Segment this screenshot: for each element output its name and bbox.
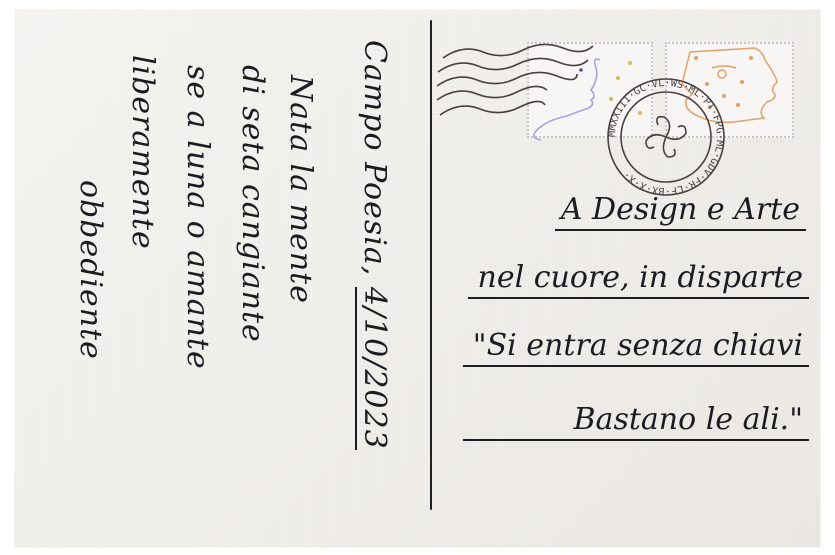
address-line-3: "Si entra senza chiavi [463,328,809,367]
orange-stars-icon [694,56,753,109]
address-line-2: nel cuore, in disparte [468,260,809,299]
address-line-4: Bastano le ali." [463,402,809,441]
cancellation-waves-icon [437,44,593,115]
address-line-1: A Design e Arte [555,192,806,231]
lilac-profile-icon [534,59,600,140]
lilac-eye-icon [579,68,583,72]
